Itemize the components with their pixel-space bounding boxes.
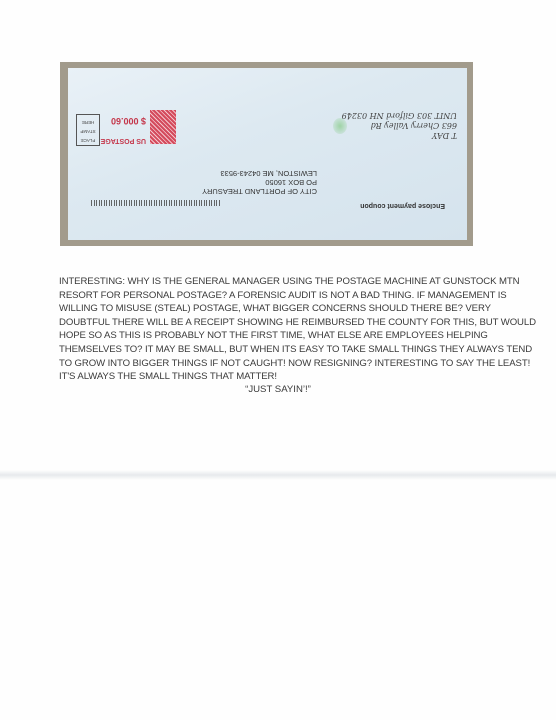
sender-handwritten-address: T DAY 663 Cherry Valley Rd UNIT 303 Gilf… [342,110,457,140]
envelope: Enclose payment coupon CITY OF PORTLAND … [68,68,467,240]
letter-paragraph: INTERESTING: WHY IS THE GENERAL MANAGER … [59,275,539,384]
place-stamp-line-3: HERE [77,118,99,127]
sender-line-1: T DAY [342,130,457,140]
envelope-content-rotated: Enclose payment coupon CITY OF PORTLAND … [68,68,467,240]
postage-meter: US POSTAGE $ 000.60 PLACE STAMP HERE [76,98,176,146]
scanned-page: Enclose payment coupon CITY OF PORTLAND … [0,0,556,720]
place-stamp-line-1: PLACE [77,136,99,145]
place-stamp-line-2: STAMP [77,127,99,136]
sender-line-2: 663 Cherry Valley Rd [342,120,457,130]
coupon-note: Enclose payment coupon [360,202,445,209]
envelope-photo: Enclose payment coupon CITY OF PORTLAND … [60,62,473,246]
recipient-line-1: CITY OF PORTLAND TREASURY [202,187,317,196]
recipient-address: CITY OF PORTLAND TREASURY PO BOX 16050 L… [202,169,317,196]
place-stamp-box: PLACE STAMP HERE [76,114,100,146]
letter-body: INTERESTING: WHY IS THE GENERAL MANAGER … [59,275,539,384]
meter-label: US POSTAGE [101,137,146,144]
meter-qr-code [150,110,176,144]
meter-amount: $ 000.60 [111,116,146,126]
recipient-line-3: LEWISTON, ME 04243-9533 [202,169,317,178]
postal-barcode [90,200,220,206]
paper-fold-line [0,470,556,480]
ink-smudge [333,118,347,134]
signoff: “JUST SAYIN’!” [0,384,556,395]
recipient-line-2: PO BOX 16050 [202,178,317,187]
sender-line-3: UNIT 303 Gilford NH 03249 [342,110,457,120]
